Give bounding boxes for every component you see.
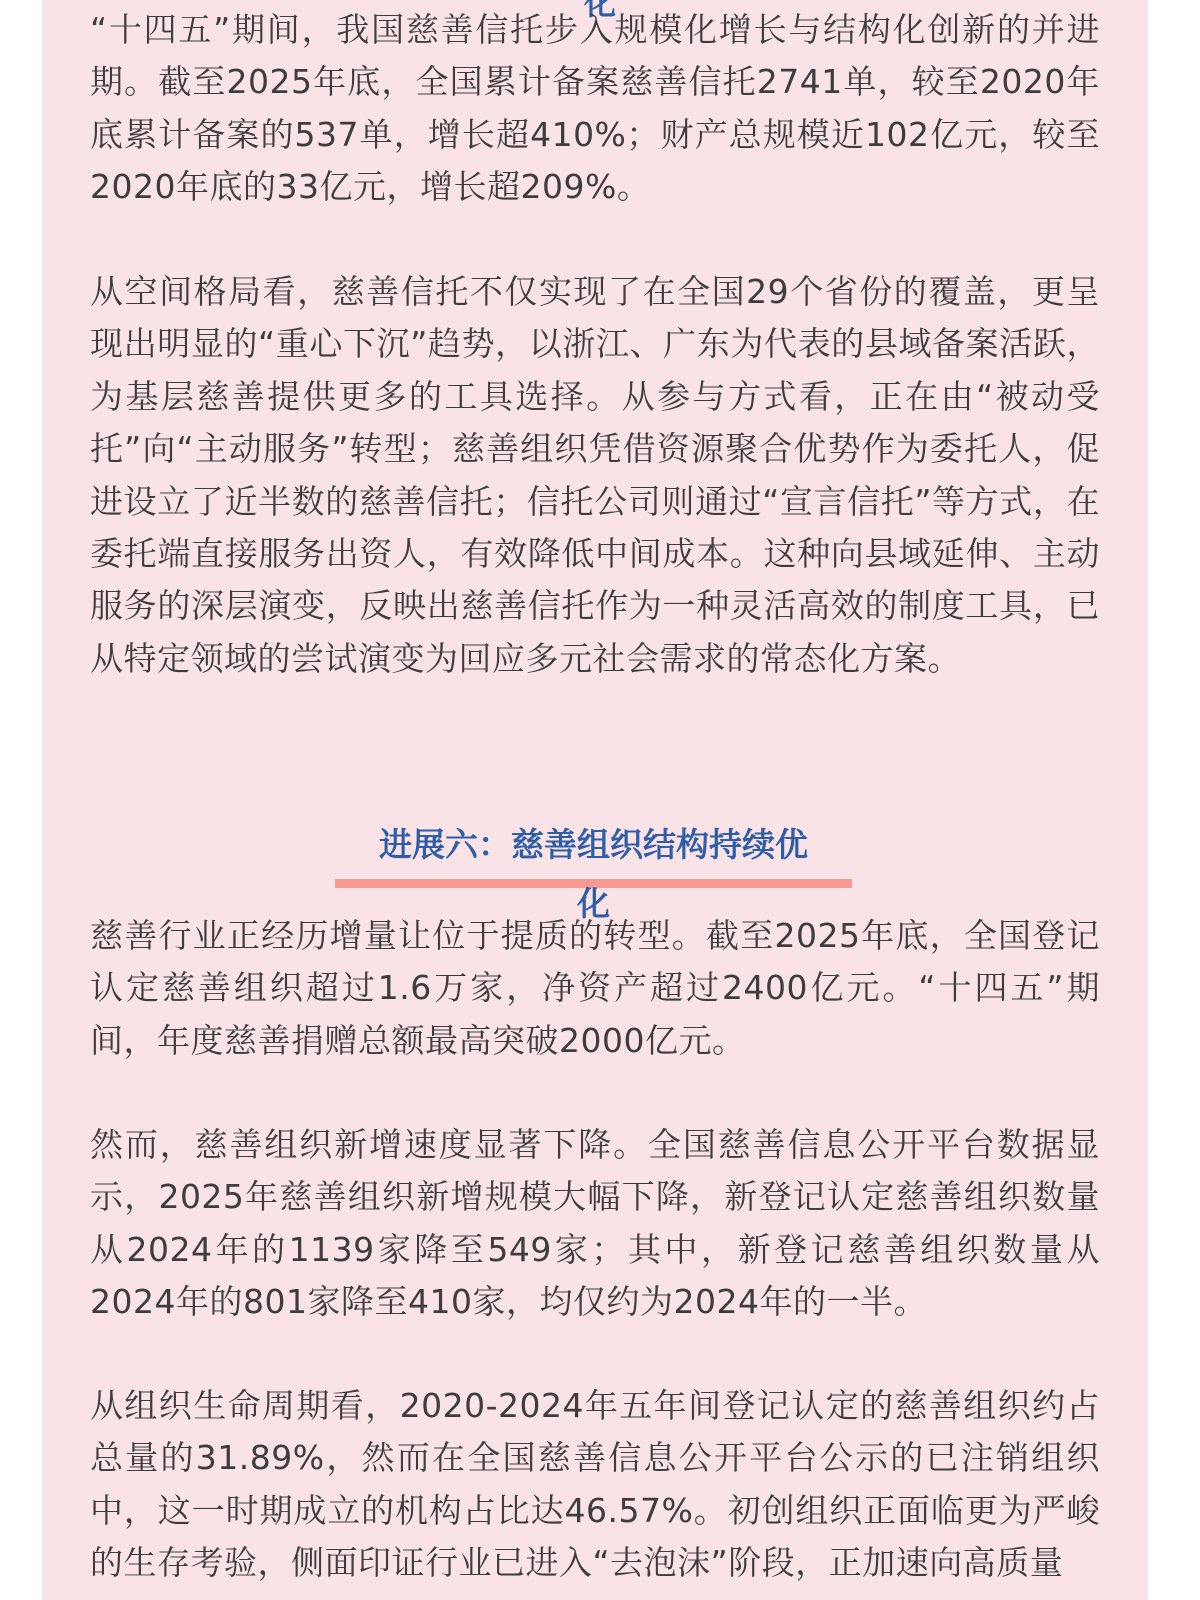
paragraph-trust-growth: “十四五”期间，我国慈善信托步入规模化增长与结构化创新的并进期。截至2025年底… (90, 4, 1100, 214)
article-page: 化 “十四五”期间，我国慈善信托步入规模化增长与结构化创新的并进期。截至2025… (0, 0, 1200, 1600)
section-heading-title: 进展六：慈善组织结构持续优 (335, 823, 852, 867)
paragraph-org-growth-decline: 然而，慈善组织新增速度显著下降。全国慈善信息公开平台数据显示，2025年慈善组织… (90, 1119, 1100, 1329)
paragraph-org-lifecycle: 从组织生命周期看，2020-2024年五年间登记认定的慈善组织约占总量的31.8… (90, 1380, 1100, 1590)
paragraph-trust-spatial-pattern: 从空间格局看，慈善信托不仅实现了在全国29个省份的覆盖，更呈现出明显的“重心下沉… (90, 266, 1100, 685)
article-panel (42, 0, 1148, 1600)
section-heading: 进展六：慈善组织结构持续优 化 (335, 820, 852, 920)
paragraph-org-scale: 慈善行业正经历增量让位于提质的转型。截至2025年底，全国登记认定慈善组织超过1… (90, 910, 1100, 1067)
